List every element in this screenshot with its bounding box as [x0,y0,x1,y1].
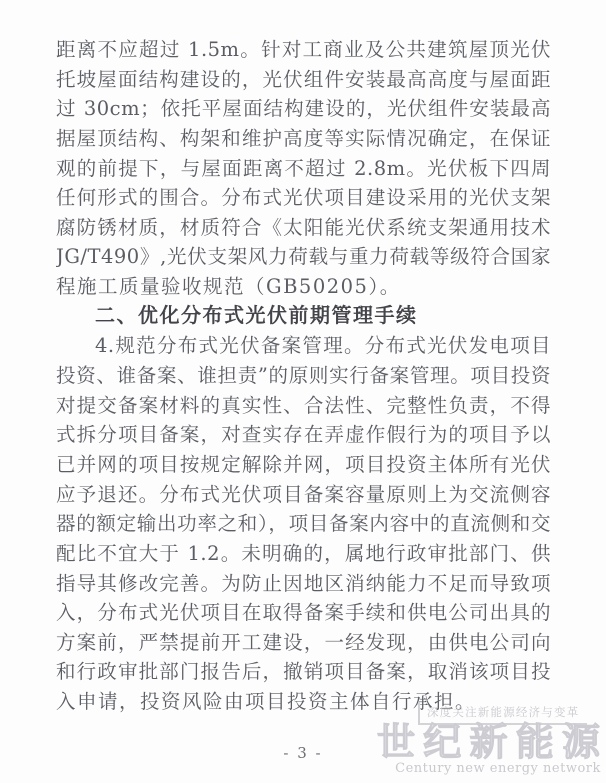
paragraph-line: 腐防锈材质，材质符合《太阳能光伏系统支架通用技术要求 [56,213,551,243]
paragraph-line: 指导其修改完善。为防止因地区消纳能力不足而导致项目无法接 [56,569,551,599]
paragraph-line: JG/T490》,光伏支架风力荷载与重力荷载等级符合国家钢结构工 [56,242,551,272]
paragraph-line: 方案前，严禁提前开工建设，一经发现，由供电公司向属地发改 [56,628,551,658]
paragraph-line: 对提交备案材料的真实性、合法性、完整性负责，不得以任何方 [56,391,551,421]
paragraph-line: 据屋顶结构、构架和维护高度等实际情况确定，在保证安全与美 [56,124,551,154]
paragraph-line: 已并网的项目按规定解除并网，项目投资主体所有光伏发电收益 [56,450,551,480]
paragraph-line: 托坡屋面结构建设的，光伏组件安装最高高度与屋面距离不应超 [56,65,551,95]
paragraph-line: 观的前提下，与屋面距离不超过 2.8m。光伏板下四周不得进行 [56,154,551,184]
paragraph-line: 器的额定输出功率之和），项目备案内容中的直流侧和交流侧容 [56,509,551,539]
paragraph-line: 程施工质量验收规范（GB50205）。 [56,272,551,302]
paragraph-line: 投资、谁备案、谁担责”的原则实行备案管理。项目投资主体应 [56,361,551,391]
paragraph-line: 式拆分项目备案，对查实存在弄虚作假行为的项目予以撤销备案， [56,420,551,450]
document-body: 距离不应超过 1.5m。针对工商业及公共建筑屋顶光伏项目，依 托坡屋面结构建设的… [56,35,551,717]
paragraph-line: 配比不宜大于 1.2。未明确的，属地行政审批部门、供电公司应 [56,539,551,569]
page-number: - 3 - [0,744,606,762]
watermark-site-subtitle: Century new energy network [390,761,606,776]
paragraph-line: 任何形式的围合。分布式光伏项目建设采用的光伏支架要采用防 [56,183,551,213]
paragraph-line: 过 30cm；依托平屋面结构建设的，光伏组件安装最高高度应根 [56,94,551,124]
paragraph-line: 应予退还。分布式光伏项目备案容量原则上为交流侧容量（逆变 [56,480,551,510]
paragraph-line: 入，分布式光伏项目在取得备案手续和供电公司出具的接入系统 [56,598,551,628]
document-page: 距离不应超过 1.5m。针对工商业及公共建筑屋顶光伏项目，依 托坡屋面结构建设的… [0,0,606,783]
paragraph-line: 距离不应超过 1.5m。针对工商业及公共建筑屋顶光伏项目，依 [56,35,551,65]
paragraph-line: 和行政审批部门报告后，撤销项目备案，取消该项目投资主体接 [56,657,551,687]
paragraph-line: 4.规范分布式光伏备案管理。分布式光伏发电项目按照“谁 [56,331,551,361]
section-heading: 二、优化分布式光伏前期管理手续 [56,302,551,332]
